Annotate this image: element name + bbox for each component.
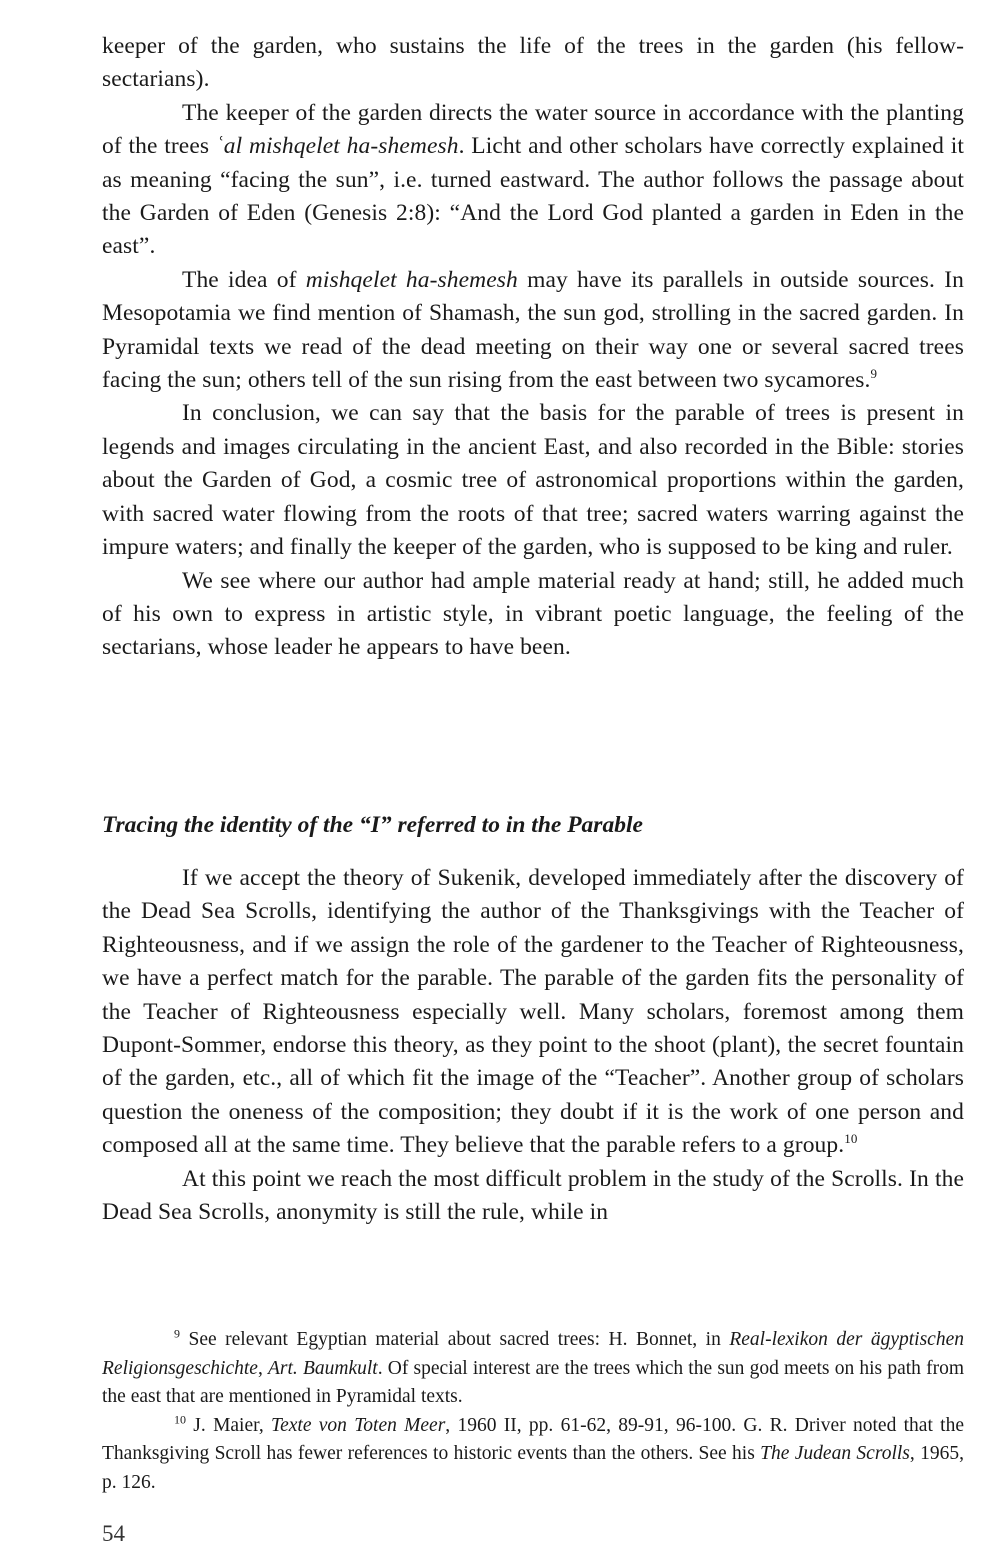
text-run: J. Maier, [186, 1415, 271, 1436]
footnote-marker: 9 [870, 366, 877, 381]
section-heading: Tracing the identity of the “I” referred… [102, 809, 643, 842]
text-run: keeper of the garden, who sustains the l… [102, 33, 964, 92]
body-text-top: keeper of the garden, who sustains the l… [102, 30, 964, 665]
italic-text: Art. Baumkult [268, 1358, 378, 1379]
text-run: The idea of [182, 267, 306, 293]
italic-text: ʿal mishqelet ha-shemesh [216, 133, 459, 159]
paragraph: At this point we reach the most difficul… [102, 1163, 964, 1230]
body-text-bottom: If we accept the theory of Sukenik, deve… [102, 862, 964, 1229]
paragraph: If we accept the theory of Sukenik, deve… [102, 862, 964, 1163]
paragraph: The keeper of the garden directs the wat… [102, 97, 964, 264]
text-run: If we accept the theory of Sukenik, deve… [102, 865, 964, 1158]
italic-text: The Judean Scrolls [760, 1443, 910, 1464]
paragraph: The idea of mishqelet ha-shemesh may hav… [102, 264, 964, 398]
italic-text: Texte von Toten Meer [271, 1415, 445, 1436]
footnote-marker: 10 [174, 1412, 186, 1426]
footnote-marker: 10 [844, 1131, 857, 1146]
page-number: 54 [102, 1521, 125, 1547]
text-run: In conclusion, we can say that the basis… [102, 400, 964, 560]
italic-text: mishqelet ha-shemesh [306, 267, 518, 293]
footnote: 9 See relevant Egyptian material about s… [102, 1326, 964, 1412]
paragraph: In conclusion, we can say that the basis… [102, 397, 964, 564]
text-run: , [258, 1358, 268, 1379]
footnotes: 9 See relevant Egyptian material about s… [102, 1326, 964, 1497]
paragraph: keeper of the garden, who sustains the l… [102, 30, 964, 97]
footnote: 10 J. Maier, Texte von Toten Meer, 1960 … [102, 1412, 964, 1498]
document-page: keeper of the garden, who sustains the l… [102, 30, 964, 665]
text-run: At this point we reach the most difficul… [102, 1166, 964, 1225]
text-run: We see where our author had ample materi… [102, 568, 964, 661]
text-run: See relevant Egyptian material about sac… [180, 1329, 729, 1350]
paragraph: We see where our author had ample materi… [102, 565, 964, 665]
